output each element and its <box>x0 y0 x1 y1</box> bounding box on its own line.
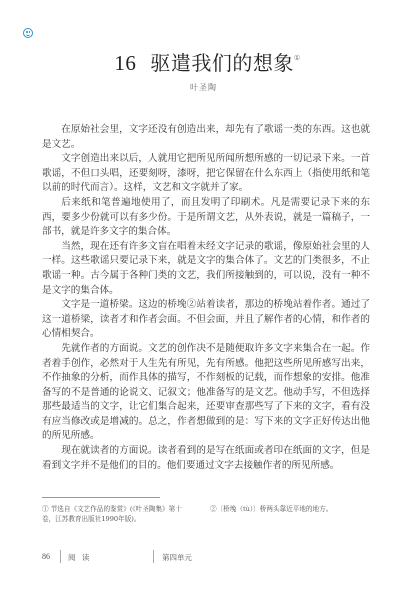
lesson-title: 驱遣我们的想象 <box>150 51 294 75</box>
author: 叶圣陶 <box>190 82 217 93</box>
title-footnote-mark[interactable]: ① <box>294 54 301 62</box>
paragraph: 当然，现在还有许多文盲在唱着未经文字记录的歌谣，像原始社会里的人一样。这些歌谣只… <box>42 240 370 298</box>
paragraph: 后来纸和笔普遍地使用了，而且发明了印刷术。凡是需要记录下来的东西，要多少份就可以… <box>42 196 370 240</box>
footer-divider <box>60 550 61 563</box>
page-number: 86 <box>42 552 50 561</box>
paragraph: 先就作者的方面说。文艺的创作决不是随便取许多文字来集合在一起。作者着手创作，必然… <box>42 342 370 444</box>
footnote-divider <box>42 497 160 498</box>
footer-section: 阅 读 <box>68 552 91 563</box>
footnote-1: ① 节选自《文艺作品的鉴赏》(《叶圣陶集》第十卷，江苏教育出版社1990年版)。 <box>42 504 182 524</box>
footnote-2: ②〔桥堍（tù）〕桥两头靠近平地的地方。 <box>210 504 380 514</box>
page-title: 16驱遣我们的想象① <box>0 47 415 76</box>
paragraph: 文字是一道桥梁。这边的桥堍②站着读者，那边的桥堍站着作者。通过了这一道桥梁，读者… <box>42 298 370 342</box>
paragraph: 在原始社会里，文字还没有创造出来，却先有了歌谣一类的东西。这也就是文艺。 <box>42 123 370 152</box>
footer-divider <box>153 550 154 563</box>
smiley-face-icon <box>23 28 33 38</box>
paragraph: 文字创造出来以后，人就用它把所见所闻所想所感的一切记录下来。一首歌谣，不但口头唱… <box>42 152 370 196</box>
paragraph: 现在就读者的方面说。读者看到的是写在纸面或者印在纸面的文字，但是看到文字并不是他… <box>42 444 370 473</box>
footer-unit: 第四单元 <box>162 552 192 563</box>
article-body: 在原始社会里，文字还没有创造出来，却先有了歌谣一类的东西。这也就是文艺。 文字创… <box>42 123 370 473</box>
lesson-number: 16 <box>114 51 136 75</box>
